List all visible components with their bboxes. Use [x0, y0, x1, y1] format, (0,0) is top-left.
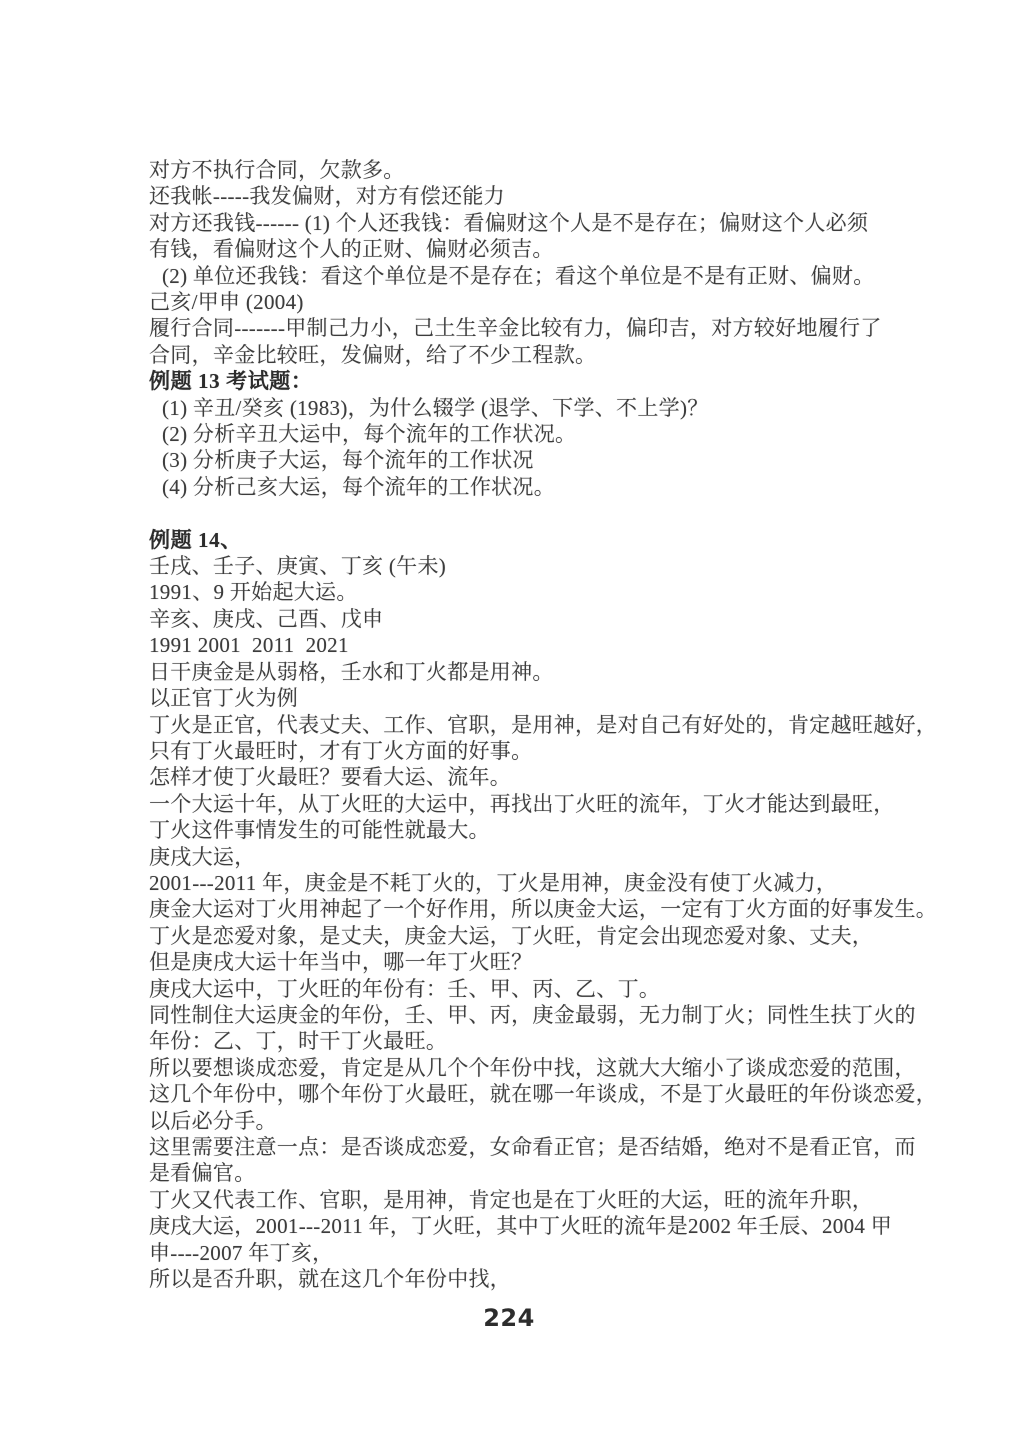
text-line: 庚金大运对丁火用神起了一个好作用，所以庚金大运，一定有丁火方面的好事发生。 [149, 896, 909, 922]
list-item: (2) 分析辛丑大运中，每个流年的工作状况。 [149, 421, 909, 447]
text-line: 合同，辛金比较旺，发偏财，给了不少工程款。 [149, 342, 909, 368]
text-line: 日干庚金是从弱格，壬水和丁火都是用神。 [149, 659, 909, 685]
text-line: 己亥/甲申 (2004) [149, 289, 909, 315]
text-line: 对方还我钱------ (1) 个人还我钱：看偏财这个人是不是存在；偏财这个人必… [149, 210, 909, 236]
text-line: 1991 2001 2011 2021 [149, 632, 909, 658]
text-line: 对方不执行合同，欠款多。 [149, 157, 909, 183]
text-line: 是看偏官。 [149, 1160, 909, 1186]
text-line: 以后必分手。 [149, 1108, 909, 1134]
text-line: 同性制住大运庚金的年份，壬、甲、丙，庚金最弱，无力制丁火；同性生扶丁火的 [149, 1002, 909, 1028]
text-line: 有钱，看偏财这个人的正财、偏财必须吉。 [149, 236, 909, 262]
list-item: (4) 分析己亥大运，每个流年的工作状况。 [149, 474, 909, 500]
text-line: 丁火又代表工作、官职，是用神，肯定也是在丁火旺的大运，旺的流年升职， [149, 1187, 909, 1213]
text-line: 2001---2011 年，庚金是不耗丁火的，丁火是用神，庚金没有使丁火减力， [149, 870, 909, 896]
text-line: 庚戌大运， [149, 844, 909, 870]
text-line: 年份：乙、丁，时干丁火最旺。 [149, 1028, 909, 1054]
text-line: 但是庚戌大运十年当中，哪一年丁火旺？ [149, 949, 909, 975]
text-line: 庚戌大运，2001---2011 年，丁火旺，其中丁火旺的流年是2002 年壬辰… [149, 1213, 909, 1239]
text-line: 丁火是恋爱对象，是丈夫，庚金大运，丁火旺，肯定会出现恋爱对象、丈夫， [149, 923, 909, 949]
blank-line [149, 500, 909, 526]
text-line: 1991、9 开始起大运。 [149, 579, 909, 605]
text-line: 辛亥、庚戌、己酉、戊申 [149, 606, 909, 632]
text-line: 丁火这件事情发生的可能性就最大。 [149, 817, 909, 843]
text-block: 对方不执行合同，欠款多。 还我帐-----我发偏财，对方有偿还能力 对方还我钱-… [149, 157, 909, 1292]
list-item: (1) 辛丑/癸亥 (1983)，为什么辍学 (退学、下学、不上学)？ [149, 395, 909, 421]
text-line: 所以要想谈成恋爱，肯定是从几个个年份中找，这就大大缩小了谈成恋爱的范围， [149, 1055, 909, 1081]
text-line: 怎样才使丁火最旺？要看大运、流年。 [149, 764, 909, 790]
text-line: 丁火是正官，代表丈夫、工作、官职，是用神，是对自己有好处的，肯定越旺越好， [149, 712, 909, 738]
page-number: 224 [0, 1304, 1018, 1332]
section-heading-example-14: 例题 14、 [149, 527, 909, 553]
text-line: 申----2007 年丁亥， [149, 1240, 909, 1266]
text-line: 履行合同-------甲制己力小，己土生辛金比较有力，偏印吉，对方较好地履行了 [149, 315, 909, 341]
text-line: 只有丁火最旺时，才有丁火方面的好事。 [149, 738, 909, 764]
section-heading-example-13: 例题 13 考试题： [149, 368, 909, 394]
text-line: 庚戌大运中，丁火旺的年份有：壬、甲、丙、乙、丁。 [149, 976, 909, 1002]
text-line: 还我帐-----我发偏财，对方有偿还能力 [149, 183, 909, 209]
text-line: 以正官丁火为例 [149, 685, 909, 711]
text-line: 壬戌、壬子、庚寅、丁亥 (午未) [149, 553, 909, 579]
document-page: 对方不执行合同，欠款多。 还我帐-----我发偏财，对方有偿还能力 对方还我钱-… [0, 0, 1018, 1440]
text-line: 所以是否升职，就在这几个年份中找， [149, 1266, 909, 1292]
text-line: 一个大运十年，从丁火旺的大运中，再找出丁火旺的流年，丁火才能达到最旺， [149, 791, 909, 817]
list-item: (3) 分析庚子大运，每个流年的工作状况 [149, 447, 909, 473]
list-item: (2) 单位还我钱：看这个单位是不是存在；看这个单位是不是有正财、偏财。 [149, 263, 909, 289]
text-line: 这几个年份中，哪个年份丁火最旺，就在哪一年谈成，不是丁火最旺的年份谈恋爱， [149, 1081, 909, 1107]
text-line: 这里需要注意一点：是否谈成恋爱，女命看正官；是否结婚，绝对不是看正官，而 [149, 1134, 909, 1160]
